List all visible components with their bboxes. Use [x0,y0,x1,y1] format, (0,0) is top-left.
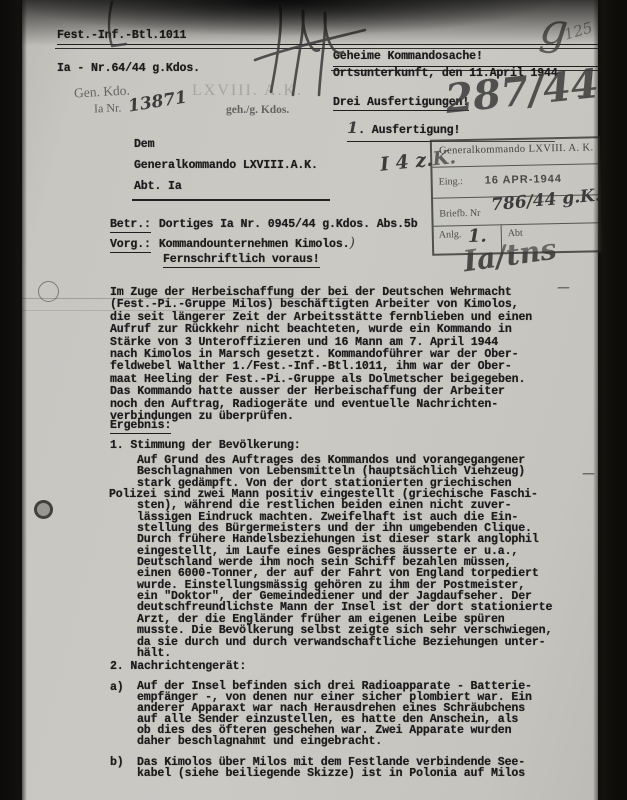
handwritten-anlage-count: 1. [468,226,487,247]
receipt-briefb-label: Briefb. Nr [439,208,480,220]
text-line: musste. Die Bevölkerung selbst zeigte si… [137,625,552,636]
handwritten-copy-number: 1 [347,118,358,137]
gen-kdo-stamp-line2: Ia Nr. [94,101,122,117]
file-reference: Ia - Nr.64/44 g.Kdos. [57,63,200,75]
text-line: da sie durch und durch verwandschaftlich… [137,637,552,648]
section-1-heading: 1. Stimmung der Bevölkerung: [110,440,301,452]
document-scan: Fest.-Inf.-Btl.1011 Ia - Nr.64/44 g.Kdos… [0,0,627,800]
betr-text: Dortiges Ia Nr. 0945/44 g.Kdos. Abs.5b [159,218,418,231]
receipt-stamp-title: Generalkommando LXVIII. A. K. [432,138,599,167]
punch-hole [34,500,53,519]
geh-kdos-stamp: geh./g. Kdos. [226,104,289,116]
handwritten-dash: — [557,280,570,295]
receipt-eing-label: Eing.: [439,176,463,188]
text-line: daher beschlagnahmt und eingebracht. [137,737,532,748]
results-heading: Ergebnis: [110,420,171,434]
scan-edge-left [0,0,27,800]
text-line: verbindungen zu überprüfen. [110,411,532,423]
address-line-3: Abt. Ia [134,181,182,193]
item-b-paragraph: Das Kimolos über Milos mit dem Festlande… [137,757,525,779]
punch-hole [38,281,59,302]
reference-line: Vorg.:Kommandounternehmen Kimolos.) [110,234,355,252]
text-line: Beschlagnahmen von Lebensmitteln (haupts… [137,466,552,477]
text-line: kabel (siehe beiliegende Skizze) ist in … [137,768,525,779]
section-1-paragraph: Auf Grund des Auftrages des Kommandos un… [137,455,552,659]
vorg-text: Kommandounternehmen Kimolos. [159,238,350,251]
text-line: feldwebel Walther 1./Fest.-Inf.-Btl.1011… [110,361,532,373]
handwritten-paren: ) [349,235,354,251]
receipt-abt-label: Abt [502,223,601,254]
handwritten-scribble [96,0,130,50]
text-line: hält. [137,648,552,659]
subject-line: Betr.:Dortiges Ia Nr. 0945/44 g.Kdos. Ab… [110,214,418,232]
scan-edge-right [593,0,627,800]
text-line: Das Kommando hatte ausser der Herbeischa… [110,386,532,398]
handwritten-dash: — [577,88,591,104]
copy-number-text: . Ausfertigung! [358,124,460,137]
item-a-label: a) [110,682,124,694]
address-line-2: Generalkommando LXVIII.A.K. [134,160,318,172]
gen-kdo-stamp-line1: Gen. Kdo. [74,83,131,102]
section-2-heading: 2. Nachrichtengerät: [110,661,246,673]
vorg-label: Vorg.: [110,238,151,253]
date-stamp: 16 APR-1944 [485,173,562,187]
betr-label: Betr.: [110,218,151,233]
text-line: (Fest.-Pi.-Gruppe Milos) beschäftigten A… [110,299,532,311]
handwritten-scribble [253,0,368,100]
receipt-stamp: Generalkommando LXVIII. A. K. Eing.: 16 … [430,136,602,256]
item-a-paragraph: Auf der Insel befinden sich drei Radioap… [137,682,532,747]
intro-paragraph: Im Zuge der Herbeischaffung der bei der … [110,287,532,423]
teletype-note: Fernschriftlich voraus! [163,254,320,268]
text-line: Aufruf zur Rückkehr nicht beachteten, wu… [110,324,532,336]
item-b-label: b) [110,757,124,769]
address-line-1: Dem [134,139,154,151]
address-underline [132,199,330,201]
